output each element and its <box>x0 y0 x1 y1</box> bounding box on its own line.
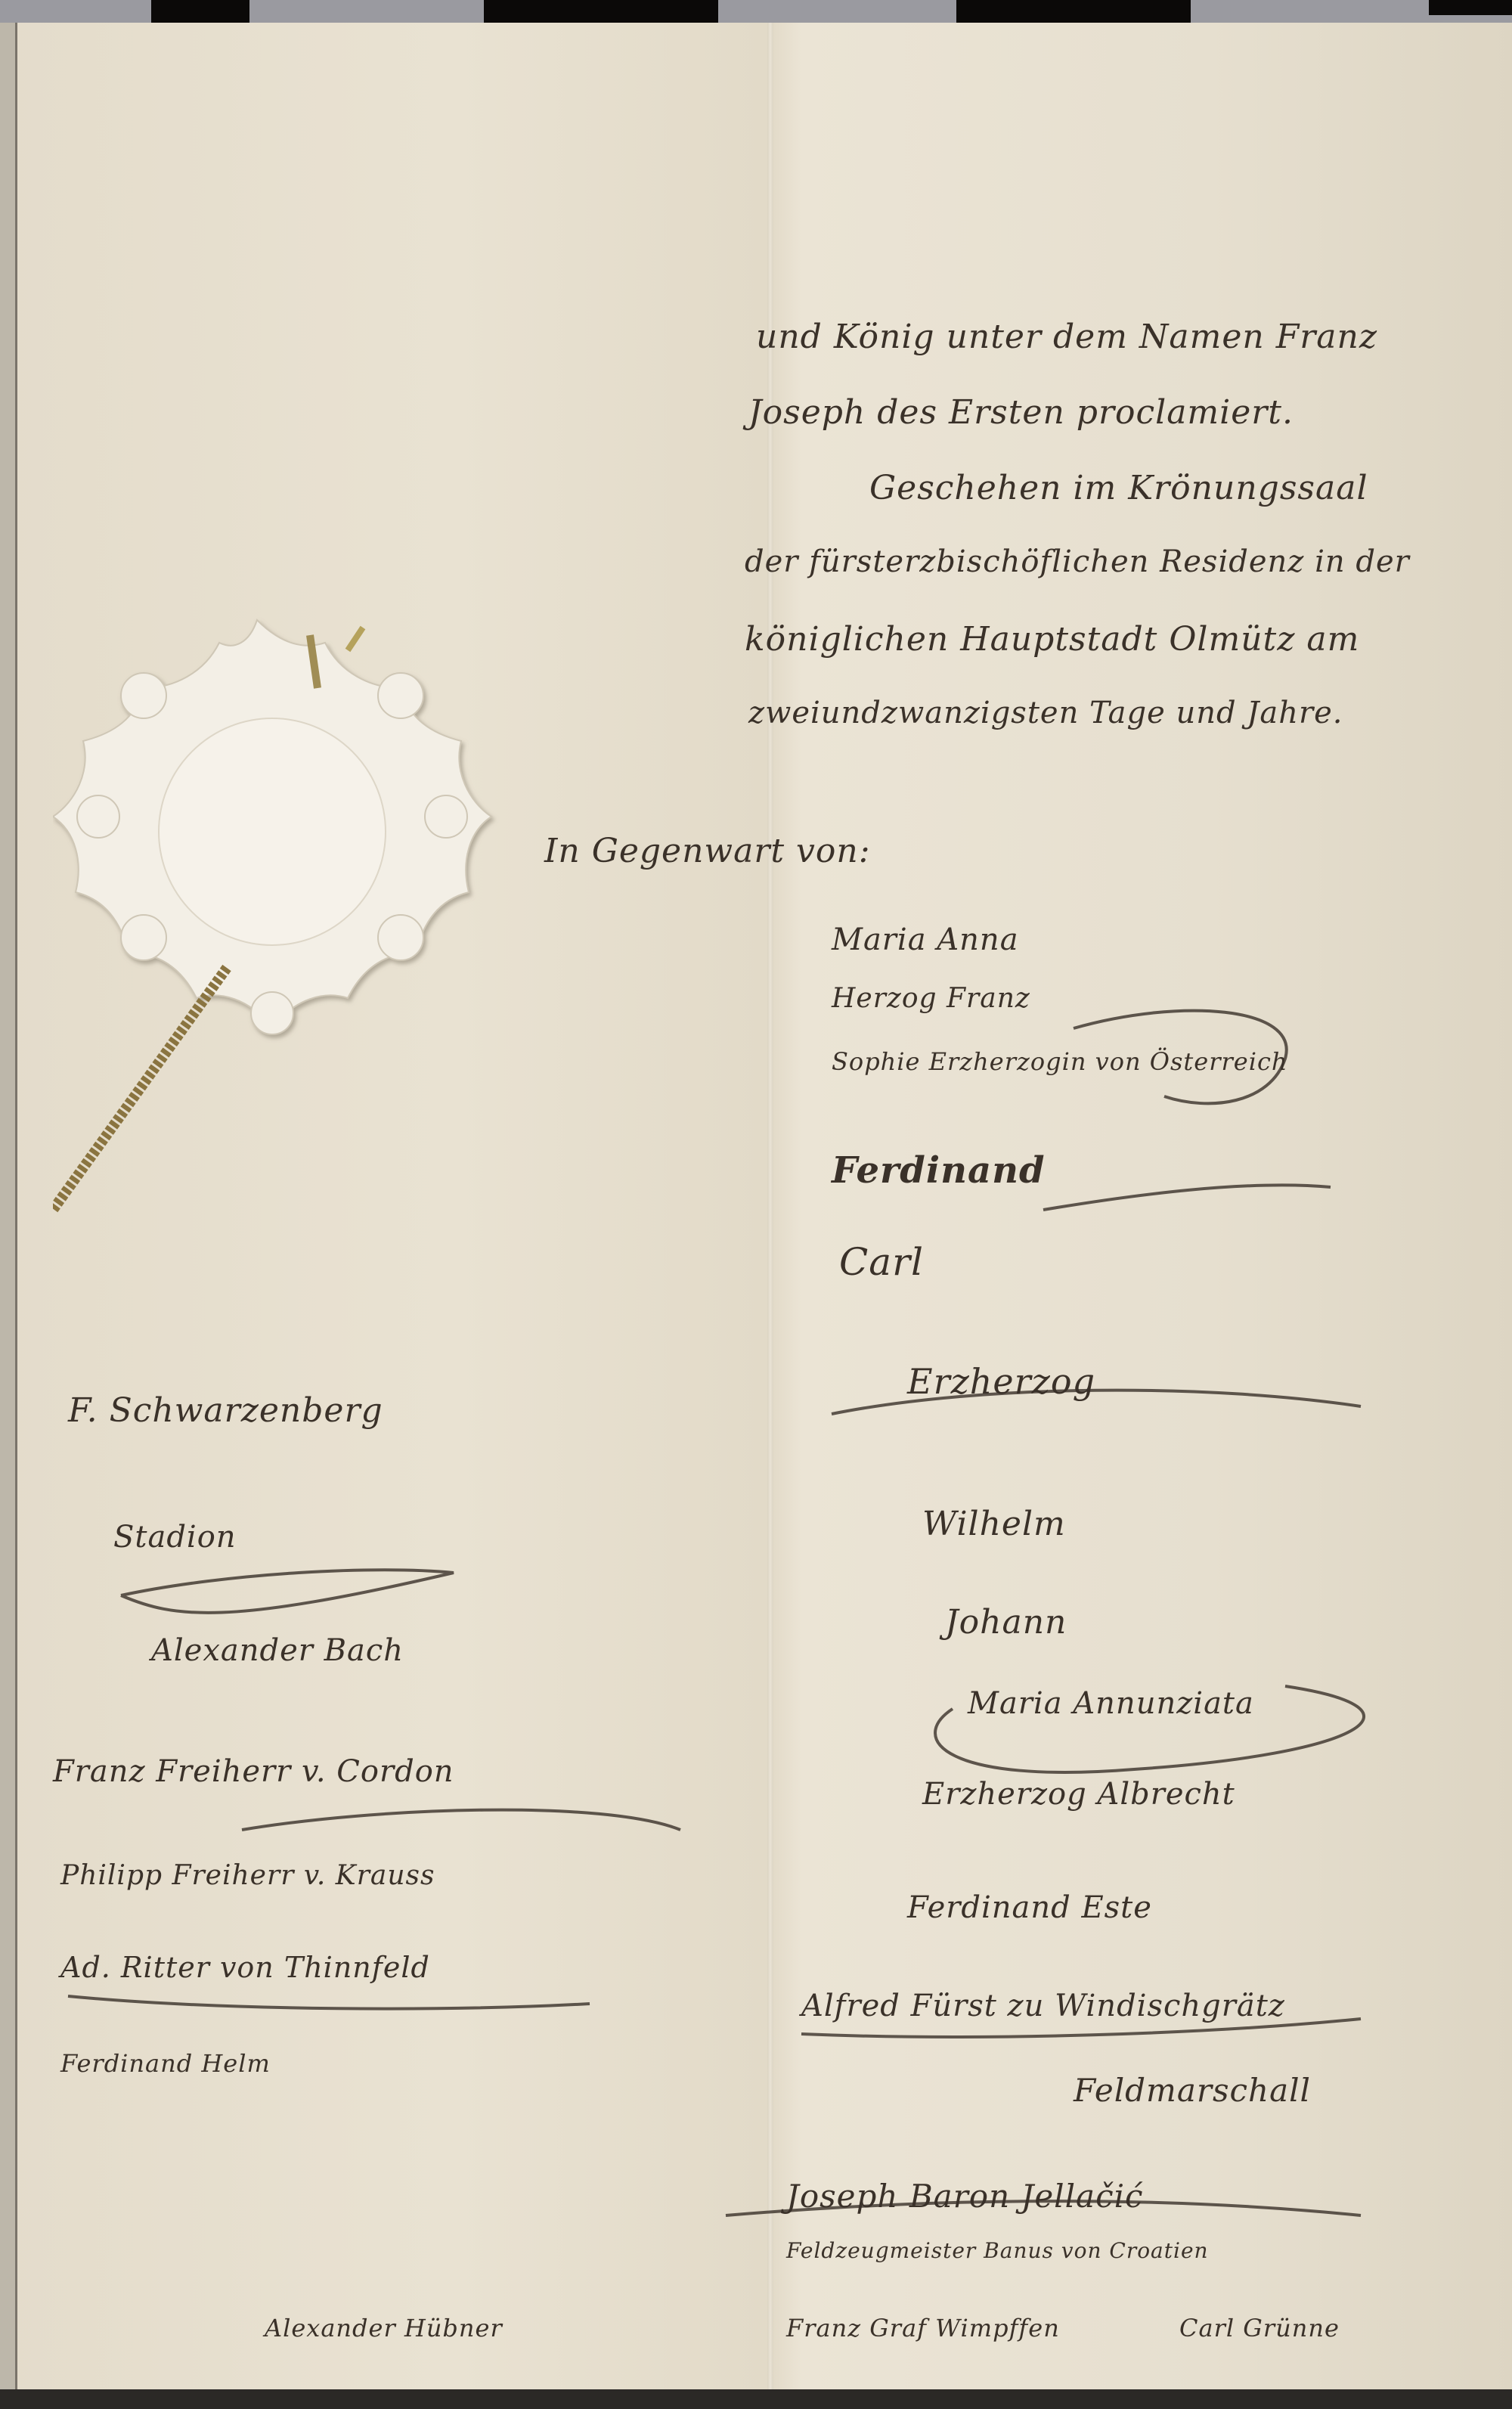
signature-flourishes <box>0 0 1512 2409</box>
scanner-border-bottom <box>0 2389 1512 2409</box>
